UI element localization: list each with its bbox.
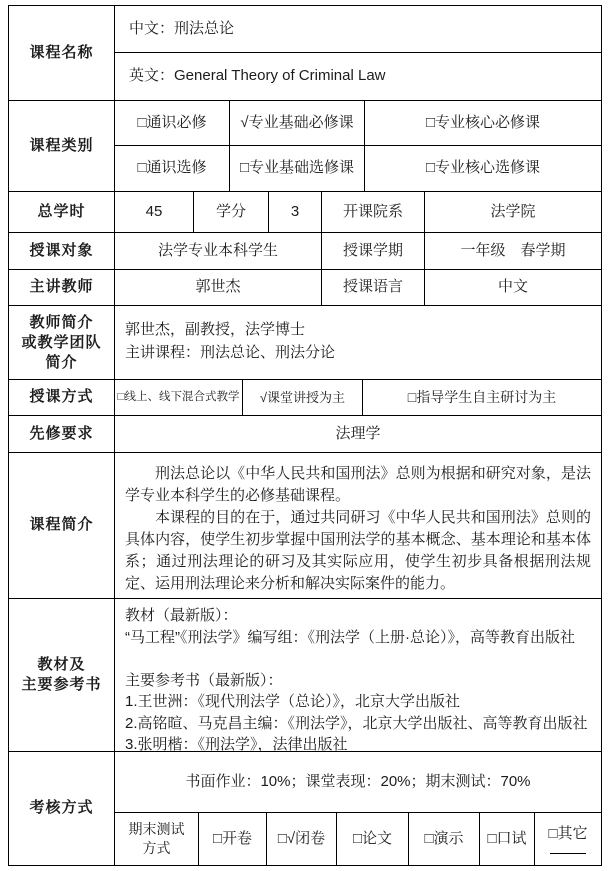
- department-value: 法学院: [425, 192, 601, 232]
- textbook-blank-line: [125, 648, 591, 670]
- course-name-en-row: 英文：General Theory of Criminal Law: [115, 53, 601, 100]
- textbooks-content: 教材（最新版）： “马工程”《刑法学》编写组：《刑法学（上册·总论）》，高等教育…: [115, 599, 601, 751]
- checkbox-lecture-based[interactable]: √课堂讲授为主: [243, 380, 363, 415]
- instructor-bio-header-line3: 简介: [45, 353, 77, 373]
- department-label: 开课院系: [322, 192, 425, 232]
- audience-label: 授课对象: [9, 233, 115, 269]
- course-name-values: 中文：刑法总论 英文：General Theory of Criminal La…: [115, 6, 601, 100]
- assessment-final-exam-row: 期末测试 方式 □开卷 □√闭卷 □论文 □演示 □口试 □其它: [115, 813, 601, 865]
- total-hours-label: 总学时: [9, 192, 115, 232]
- checkbox-other-label: □其它: [548, 824, 587, 844]
- semester-label: 授课学期: [322, 233, 425, 269]
- checkbox-general-required[interactable]: □通识必修: [115, 101, 230, 145]
- instructor-bio-header-line2: 或教学团队: [21, 333, 101, 353]
- final-exam-method-label-line1: 期末测试: [129, 820, 185, 839]
- course-category-header: 课程类别: [9, 101, 115, 191]
- prerequisites-label: 先修要求: [9, 416, 115, 452]
- checkbox-presentation[interactable]: □演示: [409, 813, 480, 865]
- course-name-en-cell: 英文：General Theory of Criminal Law: [115, 53, 601, 100]
- course-name-zh-row: 中文：刑法总论: [115, 6, 601, 53]
- textbooks-header: 教材及 主要参考书: [9, 599, 115, 751]
- checkbox-other[interactable]: □其它: [535, 813, 601, 865]
- instructor-label: 主讲教师: [9, 270, 115, 305]
- row-course-description: 课程简介 刑法总论以《中华人民共和国刑法》总则为根据和研究对象，是法学专业本科学…: [9, 453, 601, 599]
- checkbox-closed-book[interactable]: □√闭卷: [267, 813, 337, 865]
- course-name-en-value: General Theory of Criminal Law: [174, 66, 385, 86]
- checkbox-basic-required[interactable]: √专业基础必修课: [230, 101, 365, 145]
- total-hours-value: 45: [115, 192, 194, 232]
- reference-line-2: 2.高铭暄、马克昌主编：《刑法学》，北京大学出版社、高等教育出版社: [125, 713, 591, 735]
- credits-value: 3: [269, 192, 322, 232]
- row-instructor: 主讲教师 郭世杰 授课语言 中文: [9, 270, 601, 306]
- course-name-zh-cell: 中文：刑法总论: [115, 6, 601, 52]
- audience-value: 法学专业本科学生: [115, 233, 322, 269]
- semester-value: 一年级 春学期: [425, 233, 601, 269]
- instructor-bio-header-line1: 教师简介: [29, 313, 93, 333]
- course-name-header: 课程名称: [9, 6, 115, 100]
- checkbox-oral-exam[interactable]: □口试: [480, 813, 535, 865]
- checkbox-blended-teaching[interactable]: □线上、线下混合式教学: [115, 380, 243, 415]
- course-description-header: 课程简介: [9, 453, 115, 598]
- row-textbooks: 教材及 主要参考书 教材（最新版）： “马工程”《刑法学》编写组：《刑法学（上册…: [9, 599, 601, 752]
- course-description-paragraph1: 刑法总论以《中华人民共和国刑法》总则为根据和研究对象，是法学专业本科学生的必修基…: [125, 463, 591, 507]
- row-course-name: 课程名称 中文：刑法总论 英文：General Theory of Crimin…: [9, 6, 601, 101]
- course-name-en-label: 英文：: [129, 66, 174, 86]
- assessment-header: 考核方式: [9, 752, 115, 865]
- reference-line-1: 1.王世洲：《现代刑法学（总论）》，北京大学出版社: [125, 691, 591, 713]
- row-instructor-bio: 教师简介 或教学团队 简介 郭世杰，副教授，法学博士 主讲课程：刑法总论、刑法分…: [9, 306, 601, 380]
- row-assessment: 考核方式 书面作业：10%；课堂表现：20%；期末测试：70% 期末测试 方式 …: [9, 752, 601, 865]
- other-blank-line[interactable]: [550, 853, 586, 854]
- course-description-content: 刑法总论以《中华人民共和国刑法》总则为根据和研究对象，是法学专业本科学生的必修基…: [115, 453, 601, 598]
- row-teaching-method: 授课方式 □线上、线下混合式教学 √课堂讲授为主 □指导学生自主研讨为主: [9, 380, 601, 416]
- textbooks-header-line1: 教材及: [37, 655, 85, 675]
- row-course-category: 课程类别 □通识必修 √专业基础必修课 □专业核心必修课 □通识选修 □专业基础…: [9, 101, 601, 192]
- instructor-bio-content: 郭世杰，副教授，法学博士 主讲课程：刑法总论、刑法分论: [115, 306, 601, 379]
- course-description-paragraph2: 本课程的目的在于，通过共同研习《中华人民共和国刑法》总则的具体内容，使学生初步掌…: [125, 507, 591, 595]
- course-name-zh-label: 中文：: [129, 19, 174, 39]
- credits-label: 学分: [194, 192, 269, 232]
- row-audience: 授课对象 法学专业本科学生 授课学期 一年级 春学期: [9, 233, 601, 270]
- final-exam-method-label: 期末测试 方式: [115, 813, 199, 865]
- instructor-bio-header: 教师简介 或教学团队 简介: [9, 306, 115, 379]
- checkbox-open-book[interactable]: □开卷: [199, 813, 267, 865]
- reference-line-3: 3.张明楷：《刑法学》，法律出版社: [125, 734, 591, 751]
- prerequisites-value: 法理学: [115, 416, 601, 452]
- teaching-method-label: 授课方式: [9, 380, 115, 415]
- row-prerequisites: 先修要求 法理学: [9, 416, 601, 453]
- instructor-bio-line1: 郭世杰，副教授，法学博士: [125, 318, 591, 341]
- checkbox-core-elective[interactable]: □专业核心选修课: [365, 146, 601, 191]
- textbook-edition-line: 教材（最新版）：: [125, 605, 591, 627]
- checkbox-general-elective[interactable]: □通识选修: [115, 146, 230, 191]
- checkbox-core-required[interactable]: □专业核心必修课: [365, 101, 601, 145]
- checkbox-essay[interactable]: □论文: [337, 813, 409, 865]
- language-label: 授课语言: [322, 270, 425, 305]
- course-category-required-row: □通识必修 √专业基础必修课 □专业核心必修课: [115, 101, 601, 146]
- syllabus-table: 课程名称 中文：刑法总论 英文：General Theory of Crimin…: [8, 5, 602, 866]
- textbooks-header-line2: 主要参考书: [21, 675, 101, 695]
- instructor-value: 郭世杰: [115, 270, 322, 305]
- checkbox-student-led[interactable]: □指导学生自主研讨为主: [363, 380, 601, 415]
- course-category-options: □通识必修 √专业基础必修课 □专业核心必修课 □通识选修 □专业基础选修课 □…: [115, 101, 601, 191]
- instructor-bio-line2: 主讲课程：刑法总论、刑法分论: [125, 341, 591, 364]
- course-name-zh-value: 刑法总论: [174, 19, 234, 39]
- final-exam-method-label-line2: 方式: [143, 839, 171, 858]
- checkbox-basic-elective[interactable]: □专业基础选修课: [230, 146, 365, 191]
- assessment-summary: 书面作业：10%；课堂表现：20%；期末测试：70%: [115, 752, 601, 812]
- row-hours-credits: 总学时 45 学分 3 开课院系 法学院: [9, 192, 601, 233]
- language-value: 中文: [425, 270, 601, 305]
- textbook-main-line: “马工程”《刑法学》编写组：《刑法学（上册·总论）》，高等教育出版社: [125, 627, 591, 649]
- references-title-line: 主要参考书（最新版）：: [125, 670, 591, 692]
- assessment-summary-row: 书面作业：10%；课堂表现：20%；期末测试：70%: [115, 752, 601, 813]
- assessment-body: 书面作业：10%；课堂表现：20%；期末测试：70% 期末测试 方式 □开卷 □…: [115, 752, 601, 865]
- course-category-elective-row: □通识选修 □专业基础选修课 □专业核心选修课: [115, 146, 601, 191]
- syllabus-page: 课程名称 中文：刑法总论 英文：General Theory of Crimin…: [0, 0, 610, 871]
